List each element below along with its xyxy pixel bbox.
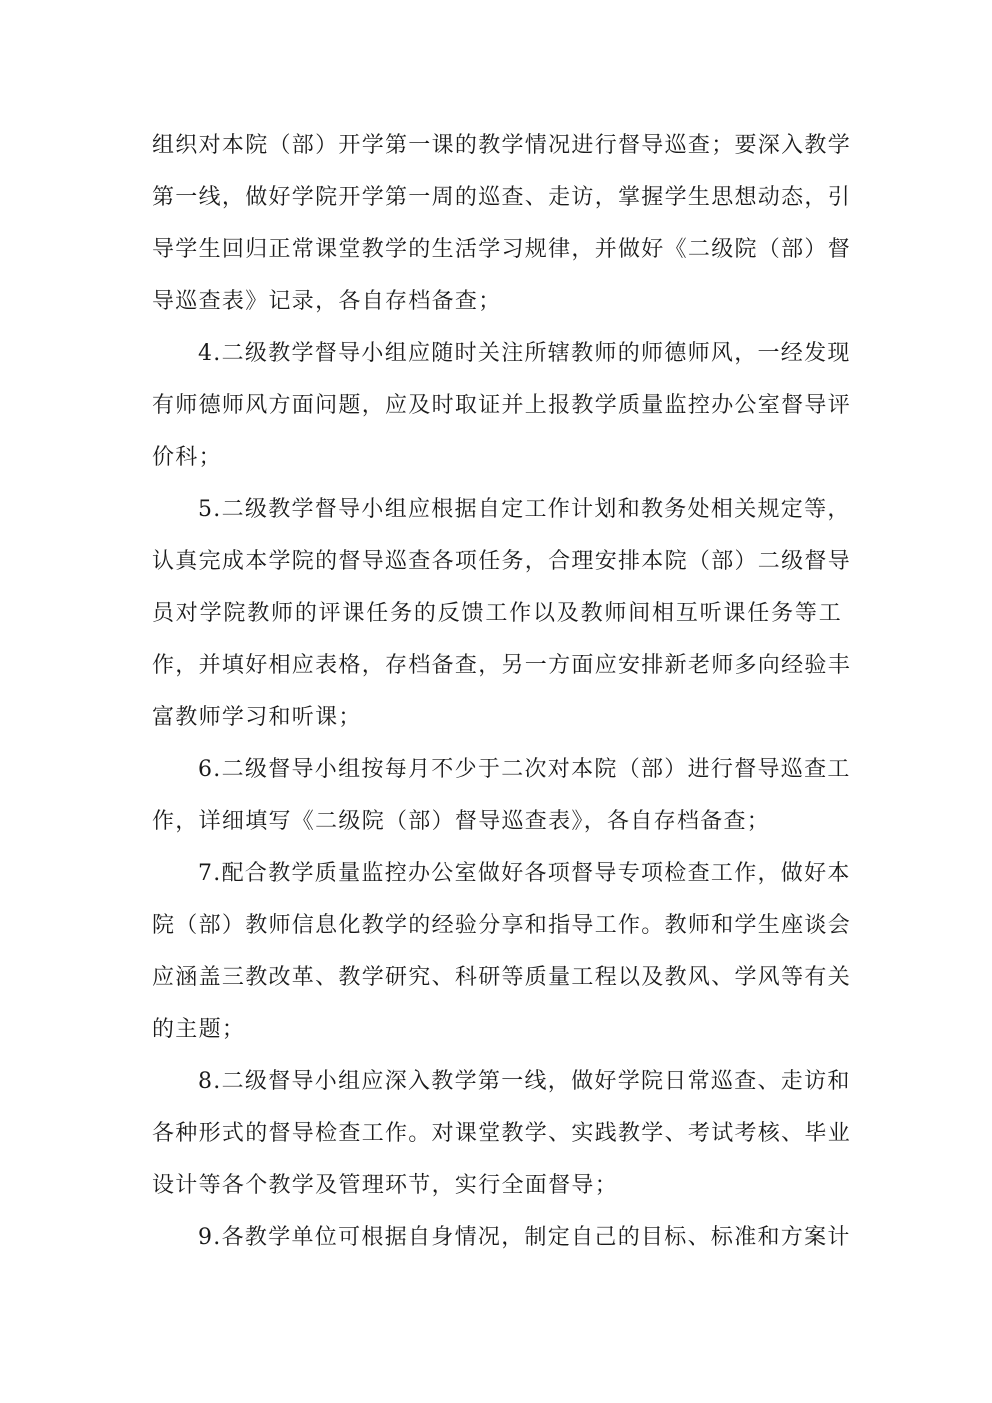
text-line: 6.二级督导小组按每月不少于二次对本院（部）进行督导巡查工 xyxy=(152,744,842,796)
text-line: 作，详细填写《二级院（部）督导巡查表》，各自存档备查； xyxy=(152,796,842,848)
paragraph-item5: 5.二级教学督导小组应根据自定工作计划和教务处相关规定等， 认真完成本学院的督导… xyxy=(152,484,842,744)
text-line: 富教师学习和听课； xyxy=(152,692,842,744)
text-line: 作，并填好相应表格，存档备查，另一方面应安排新老师多向经验丰 xyxy=(152,640,842,692)
text-line: 的主题； xyxy=(152,1004,842,1056)
text-line: 有师德师风方面问题，应及时取证并上报教学质量监控办公室督导评 xyxy=(152,380,842,432)
text-line: 员对学院教师的评课任务的反馈工作以及教师间相互听课任务等工 xyxy=(152,588,842,640)
document-page: 组织对本院（部）开学第一课的教学情况进行督导巡查；要深入教学 第一线，做好学院开… xyxy=(152,120,842,1264)
text-line: 8.二级督导小组应深入教学第一线，做好学院日常巡查、走访和 xyxy=(152,1056,842,1108)
paragraph-item8: 8.二级督导小组应深入教学第一线，做好学院日常巡查、走访和 各种形式的督导检查工… xyxy=(152,1056,842,1212)
text-line: 第一线，做好学院开学第一周的巡查、走访，掌握学生思想动态，引 xyxy=(152,172,842,224)
text-line: 价科； xyxy=(152,432,842,484)
paragraph-item3-continuation: 组织对本院（部）开学第一课的教学情况进行督导巡查；要深入教学 第一线，做好学院开… xyxy=(152,120,842,328)
text-line: 组织对本院（部）开学第一课的教学情况进行督导巡查；要深入教学 xyxy=(152,120,842,172)
text-line: 9.各教学单位可根据自身情况，制定自己的目标、标准和方案计 xyxy=(152,1212,842,1264)
text-line: 院（部）教师信息化教学的经验分享和指导工作。教师和学生座谈会 xyxy=(152,900,842,952)
text-line: 导巡查表》记录，各自存档备查； xyxy=(152,276,842,328)
text-line: 5.二级教学督导小组应根据自定工作计划和教务处相关规定等， xyxy=(152,484,842,536)
text-line: 设计等各个教学及管理环节，实行全面督导； xyxy=(152,1160,842,1212)
paragraph-item9: 9.各教学单位可根据自身情况，制定自己的目标、标准和方案计 xyxy=(152,1212,842,1264)
text-line: 认真完成本学院的督导巡查各项任务，合理安排本院（部）二级督导 xyxy=(152,536,842,588)
text-line: 各种形式的督导检查工作。对课堂教学、实践教学、考试考核、毕业 xyxy=(152,1108,842,1160)
text-line: 应涵盖三教改革、教学研究、科研等质量工程以及教风、学风等有关 xyxy=(152,952,842,1004)
text-line: 7.配合教学质量监控办公室做好各项督导专项检查工作，做好本 xyxy=(152,848,842,900)
paragraph-item6: 6.二级督导小组按每月不少于二次对本院（部）进行督导巡查工 作，详细填写《二级院… xyxy=(152,744,842,848)
paragraph-item4: 4.二级教学督导小组应随时关注所辖教师的师德师风，一经发现 有师德师风方面问题，… xyxy=(152,328,842,484)
paragraph-item7: 7.配合教学质量监控办公室做好各项督导专项检查工作，做好本 院（部）教师信息化教… xyxy=(152,848,842,1056)
text-line: 4.二级教学督导小组应随时关注所辖教师的师德师风，一经发现 xyxy=(152,328,842,380)
text-line: 导学生回归正常课堂教学的生活学习规律，并做好《二级院（部）督 xyxy=(152,224,842,276)
